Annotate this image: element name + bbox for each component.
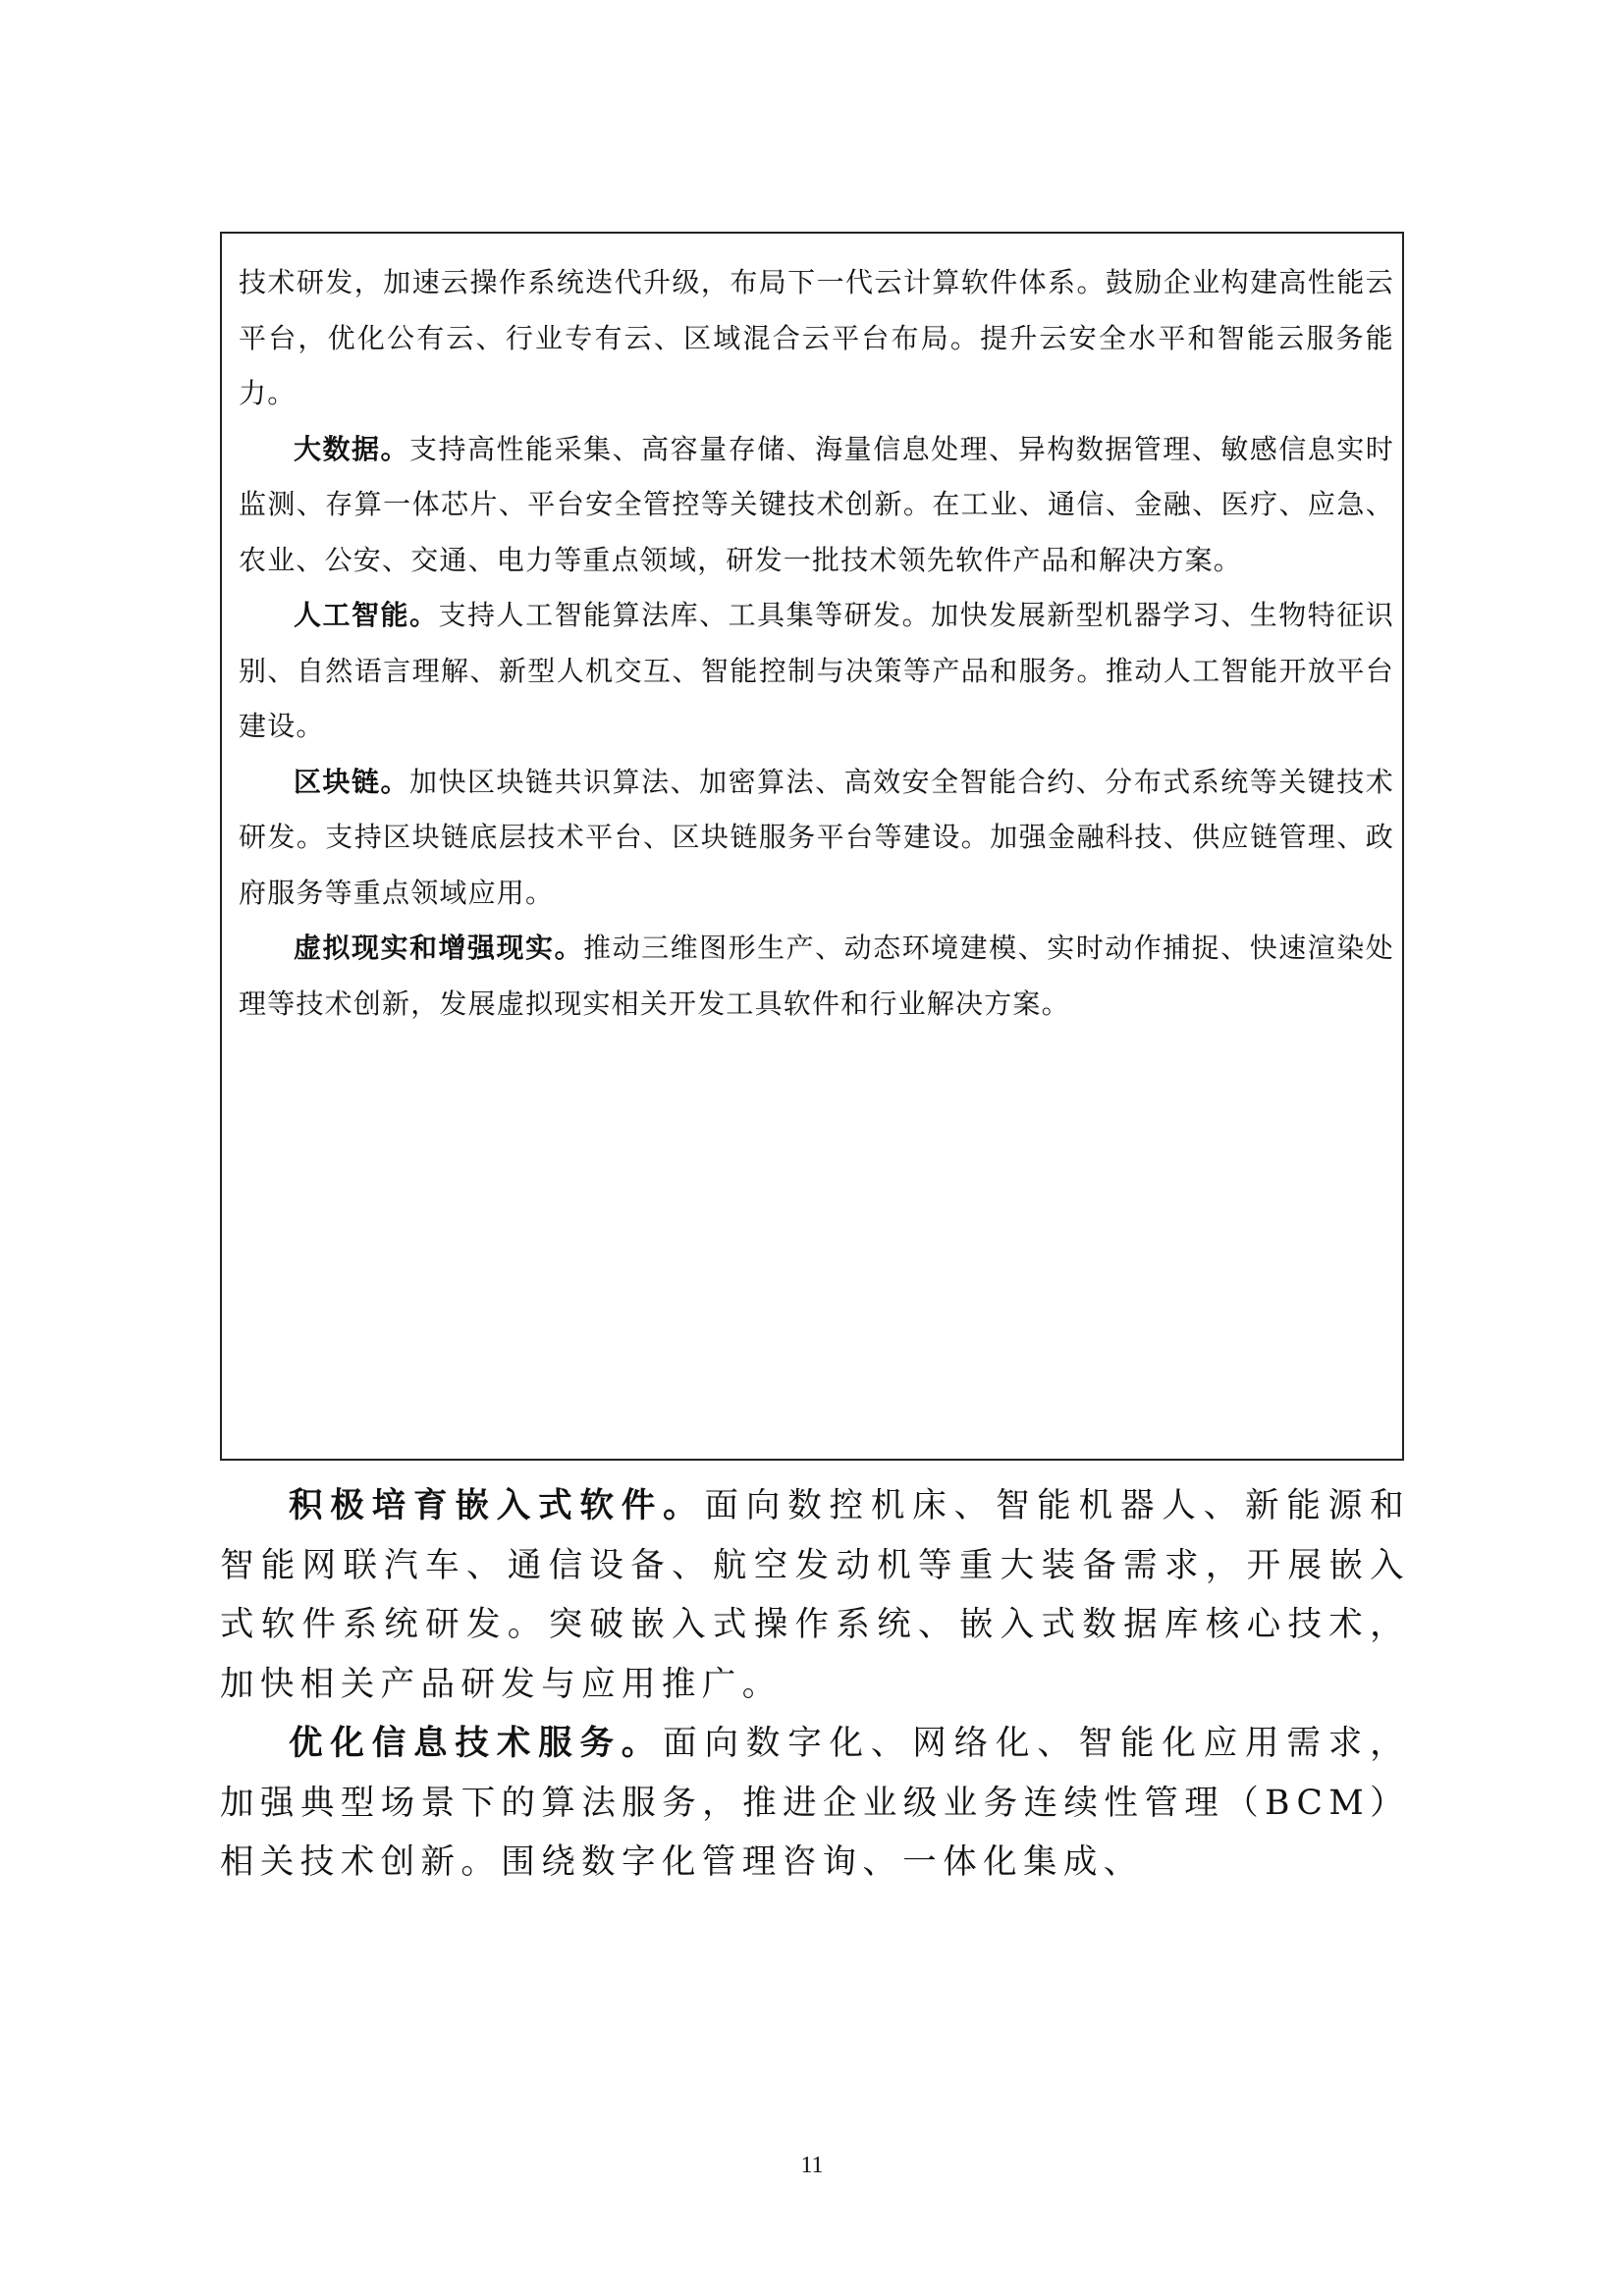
box-paragraph-ai: 人工智能。支持人工智能算法库、工具集等研发。加快发展新型机器学习、生物特征识别、… xyxy=(239,588,1394,755)
box-paragraph-vr-ar: 虚拟现实和增强现实。推动三维图形生产、动态环境建模、实时动作捕捉、快速渲染处理等… xyxy=(239,921,1394,1032)
box-paragraph-lead: 人工智能。 xyxy=(294,599,439,631)
paragraph-lead: 优化信息技术服务。 xyxy=(289,1724,663,1763)
box-continuation-paragraph: 技术研发，加速云操作系统迭代升级，布局下一代云计算软件体系。鼓励企业构建高性能云… xyxy=(239,255,1394,422)
box-paragraph-lead: 虚拟现实和增强现实。 xyxy=(294,932,583,964)
body-text: 积极培育嵌入式软件。面向数控机床、智能机器人、新能源和智能网联汽车、通信设备、航… xyxy=(220,1476,1410,1893)
box-paragraph-lead: 区块链。 xyxy=(294,766,409,798)
box-paragraph-lead: 大数据。 xyxy=(294,433,409,465)
paragraph-it-services: 优化信息技术服务。面向数字化、网络化、智能化应用需求，加强典型场景下的算法服务，… xyxy=(220,1714,1410,1893)
page-number: 11 xyxy=(0,2153,1624,2179)
box-paragraph-text: 加快区块链共识算法、加密算法、高效安全智能合约、分布式系统等关键技术研发。支持区… xyxy=(239,766,1394,909)
paragraph-embedded-software: 积极培育嵌入式软件。面向数控机床、智能机器人、新能源和智能网联汽车、通信设备、航… xyxy=(220,1476,1410,1714)
paragraph-lead: 积极培育嵌入式软件。 xyxy=(289,1486,705,1525)
box-paragraph-big-data: 大数据。支持高性能采集、高容量存储、海量信息处理、异构数据管理、敏感信息实时监测… xyxy=(239,422,1394,589)
box-paragraph-text: 支持高性能采集、高容量存储、海量信息处理、异构数据管理、敏感信息实时监测、存算一… xyxy=(239,433,1394,576)
document-page: 技术研发，加速云操作系统迭代升级，布局下一代云计算软件体系。鼓励企业构建高性能云… xyxy=(0,0,1624,2296)
boxed-section: 技术研发，加速云操作系统迭代升级，布局下一代云计算软件体系。鼓励企业构建高性能云… xyxy=(220,232,1404,1461)
box-paragraph-blockchain: 区块链。加快区块链共识算法、加密算法、高效安全智能合约、分布式系统等关键技术研发… xyxy=(239,755,1394,922)
